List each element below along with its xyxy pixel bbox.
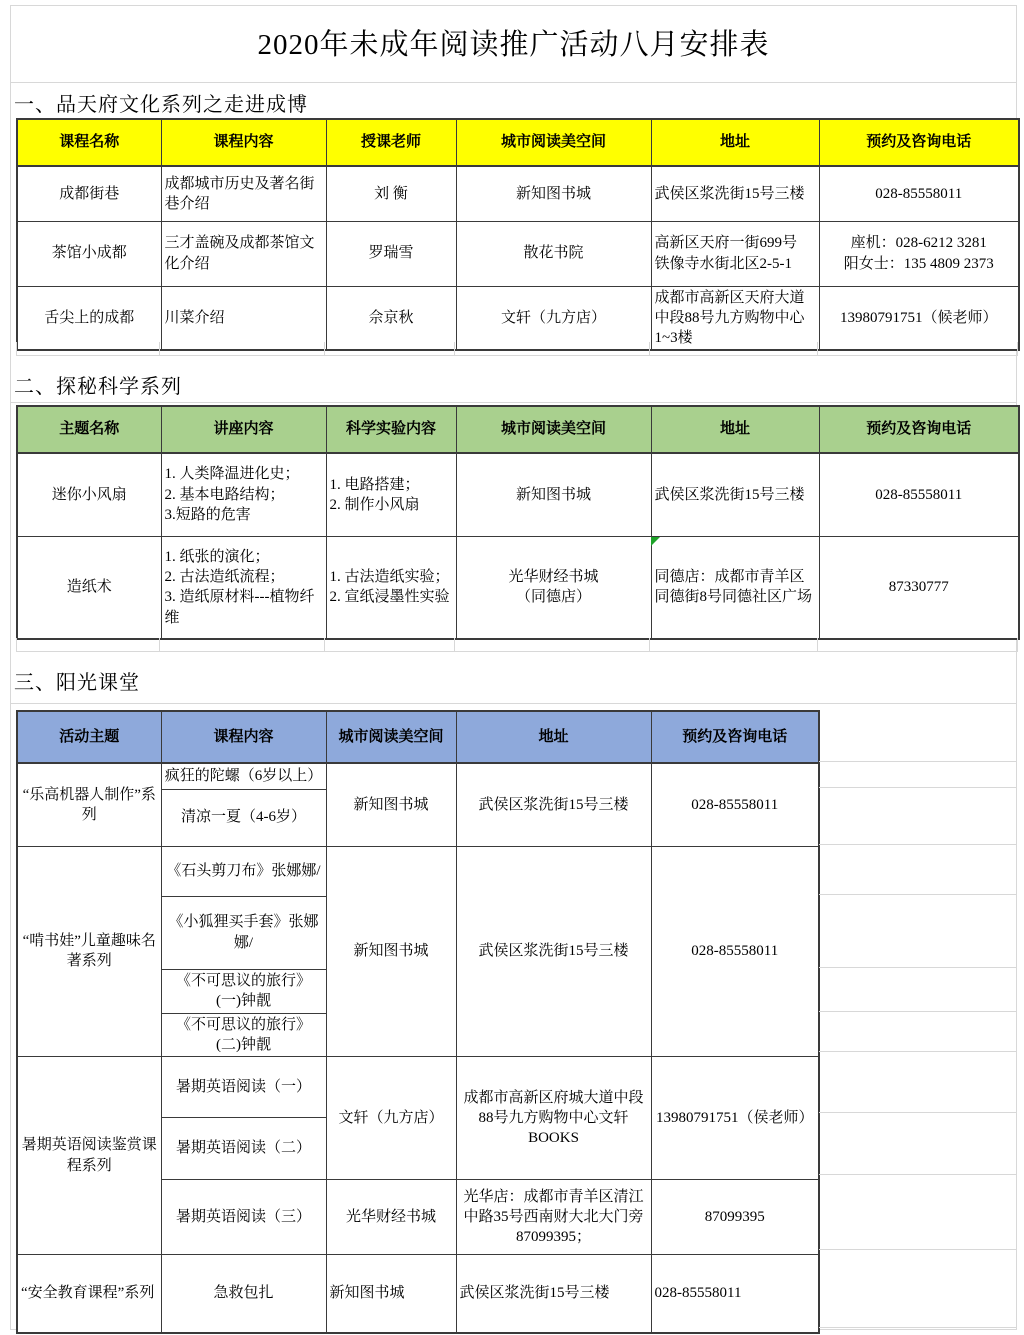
cell-course: 《小狐狸买手套》张娜娜/ <box>161 896 326 969</box>
gridline-under-title <box>10 82 1017 83</box>
column-header: 课程内容 <box>161 711 326 763</box>
cell-space: 散花书院 <box>456 221 651 286</box>
cell-phone: 028-85558011 <box>651 846 819 1057</box>
cell-course: 《石头剪刀布》张娜娜/ <box>161 846 326 896</box>
cell-experiment-content: 1. 古法造纸实验； 2. 宣纸浸墨性实验 <box>326 536 456 639</box>
table-row: 迷你小风扇 1. 人类降温进化史； 2. 基本电路结构； 3.短路的危害 1. … <box>17 453 1019 536</box>
column-header: 地址 <box>651 406 819 453</box>
table-row: 造纸术 1. 纸张的演化； 2. 古法造纸流程； 3. 造纸原材料---植物纤维… <box>17 536 1019 639</box>
section-3-heading: 三、阳光课堂 <box>14 666 140 695</box>
cell-activity-theme: 暑期英语阅读鉴赏课程系列 <box>17 1057 161 1255</box>
column-header: 预约及咨询电话 <box>651 711 819 763</box>
cell-phone: 座机：028-6212 3281 阳女士：135 4809 2373 <box>819 221 1019 286</box>
cell-course-name: 茶馆小成都 <box>17 221 161 286</box>
cell-phone: 028-85558011 <box>819 453 1019 536</box>
cell-course-content: 成都城市历史及著名街巷介绍 <box>161 166 326 221</box>
cell-course-content: 三才盖碗及成都茶馆文化介绍 <box>161 221 326 286</box>
spreadsheet-page: 2020年未成年阅读推广活动八月安排表 一、品天府文化系列之走进成博 课程名称 … <box>0 0 1024 1335</box>
table-tianfu-culture: 课程名称 课程内容 授课老师 城市阅读美空间 地址 预约及咨询电话 成都街巷 成… <box>16 118 1020 351</box>
cell-phone: 13980791751（候老师） <box>819 286 1019 350</box>
cell-teacher: 刘 衡 <box>326 166 456 221</box>
gridline-above-table2 <box>10 402 1017 403</box>
cell-activity-theme: “啃书娃”儿童趣味名著系列 <box>17 846 161 1057</box>
column-header: 讲座内容 <box>161 406 326 453</box>
cell-error-flag-icon <box>651 537 660 546</box>
table-row: 暑期英语阅读鉴赏课程系列 暑期英语阅读（一） 文轩（九方店） 成都市高新区府城大… <box>17 1057 819 1118</box>
column-header: 城市阅读美空间 <box>456 406 651 453</box>
sheet-gridlines-stub <box>16 638 1018 652</box>
column-header: 科学实验内容 <box>326 406 456 453</box>
cell-activity-theme: “安全教育课程”系列 <box>17 1255 161 1333</box>
cell-address: 武侯区浆洗街15号三楼 <box>651 166 819 221</box>
cell-course-name: 舌尖上的成都 <box>17 286 161 350</box>
cell-address: 武侯区浆洗街15号三楼 <box>651 453 819 536</box>
cell-course: 《不可思议的旅行》 (一)钟靓 <box>161 969 326 1013</box>
cell-teacher: 佘京秋 <box>326 286 456 350</box>
cell-topic-name: 造纸术 <box>17 536 161 639</box>
cell-lecture-content: 1. 人类降温进化史； 2. 基本电路结构； 3.短路的危害 <box>161 453 326 536</box>
table-science-series: 主题名称 讲座内容 科学实验内容 城市阅读美空间 地址 预约及咨询电话 迷你小风… <box>16 405 1020 640</box>
column-header: 地址 <box>456 711 651 763</box>
column-header: 主题名称 <box>17 406 161 453</box>
cell-course: 暑期英语阅读（一） <box>161 1057 326 1118</box>
column-header: 地址 <box>651 119 819 166</box>
cell-address: 高新区天府一街699号 铁像寺水街北区2-5-1 <box>651 221 819 286</box>
table-row: “啃书娃”儿童趣味名著系列 《石头剪刀布》张娜娜/ 新知图书城 武侯区浆洗街15… <box>17 846 819 896</box>
cell-space: 光华财经书城 （同德店） <box>456 536 651 639</box>
cell-lecture-content: 1. 纸张的演化； 2. 古法造纸流程； 3. 造纸原材料---植物纤维 <box>161 536 326 639</box>
cell-phone: 13980791751（侯老师） <box>651 1057 819 1180</box>
cell-space: 文轩（九方店） <box>326 1057 456 1180</box>
cell-space: 新知图书城 <box>326 846 456 1057</box>
column-header: 活动主题 <box>17 711 161 763</box>
cell-phone: 028-85558011 <box>651 763 819 846</box>
column-header: 授课老师 <box>326 119 456 166</box>
cell-course: 《不可思议的旅行》 (二)钟靓 <box>161 1013 326 1057</box>
cell-phone: 028-85558011 <box>651 1255 819 1333</box>
cell-course: 疯狂的陀螺（6岁以上） <box>161 763 326 789</box>
sheet-gridlines-right <box>819 710 1017 1328</box>
column-header: 预约及咨询电话 <box>819 119 1019 166</box>
cell-space: 新知图书城 <box>456 453 651 536</box>
cell-space: 光华财经书城 <box>326 1180 456 1255</box>
cell-course: 清凉一夏（4-6岁） <box>161 789 326 846</box>
column-header: 预约及咨询电话 <box>819 406 1019 453</box>
cell-course: 暑期英语阅读（三） <box>161 1180 326 1255</box>
cell-teacher: 罗瑞雪 <box>326 221 456 286</box>
cell-space: 新知图书城 <box>326 763 456 846</box>
cell-activity-theme: “乐高机器人制作”系列 <box>17 763 161 846</box>
cell-space: 新知图书城 <box>456 166 651 221</box>
cell-phone: 028-85558011 <box>819 166 1019 221</box>
cell-topic-name: 迷你小风扇 <box>17 453 161 536</box>
table-row: 茶馆小成都 三才盖碗及成都茶馆文化介绍 罗瑞雪 散花书院 高新区天府一街699号… <box>17 221 1019 286</box>
cell-address: 光华店：成都市青羊区清江中路35号西南财大北大门旁 87099395； <box>456 1180 651 1255</box>
cell-address: 成都市高新区府城大道中段88号九方购物中心文轩BOOKS <box>456 1057 651 1180</box>
cell-address: 武侯区浆洗街15号三楼 <box>456 763 651 846</box>
cell-address: 武侯区浆洗街15号三楼 <box>456 846 651 1057</box>
cell-course: 急救包扎 <box>161 1255 326 1333</box>
table-row: “乐高机器人制作”系列 疯狂的陀螺（6岁以上） 新知图书城 武侯区浆洗街15号三… <box>17 763 819 789</box>
cell-space: 文轩（九方店） <box>456 286 651 350</box>
cell-experiment-content: 1. 电路搭建； 2. 制作小风扇 <box>326 453 456 536</box>
cell-course-content: 川菜介绍 <box>161 286 326 350</box>
column-header: 城市阅读美空间 <box>456 119 651 166</box>
section-2-heading: 二、探秘科学系列 <box>14 370 182 399</box>
gridline-above-table3 <box>10 703 1017 704</box>
cell-phone: 87330777 <box>819 536 1019 639</box>
section-1-heading: 一、品天府文化系列之走进成博 <box>14 88 308 117</box>
table-row: “安全教育课程”系列 急救包扎 新知图书城 武侯区浆洗街15号三楼 028-85… <box>17 1255 819 1333</box>
cell-address: 同德店：成都市青羊区同德街8号同德社区广场 <box>651 536 819 639</box>
column-header: 课程内容 <box>161 119 326 166</box>
cell-address: 武侯区浆洗街15号三楼 <box>456 1255 651 1333</box>
page-title: 2020年未成年阅读推广活动八月安排表 <box>10 22 1017 63</box>
sheet-gridlines-stub <box>16 342 1018 356</box>
column-header: 课程名称 <box>17 119 161 166</box>
table-row: 成都街巷 成都城市历史及著名街巷介绍 刘 衡 新知图书城 武侯区浆洗街15号三楼… <box>17 166 1019 221</box>
cell-space: 新知图书城 <box>326 1255 456 1333</box>
cell-course: 暑期英语阅读（二） <box>161 1118 326 1180</box>
cell-phone: 87099395 <box>651 1180 819 1255</box>
table-sunshine-class: 活动主题 课程内容 城市阅读美空间 地址 预约及咨询电话 “乐高机器人制作”系列… <box>16 710 820 1334</box>
table-row: 舌尖上的成都 川菜介绍 佘京秋 文轩（九方店） 成都市高新区天府大道中段88号九… <box>17 286 1019 350</box>
cell-course-name: 成都街巷 <box>17 166 161 221</box>
column-header: 城市阅读美空间 <box>326 711 456 763</box>
cell-address: 成都市高新区天府大道中段88号九方购物中心1~3楼 <box>651 286 819 350</box>
